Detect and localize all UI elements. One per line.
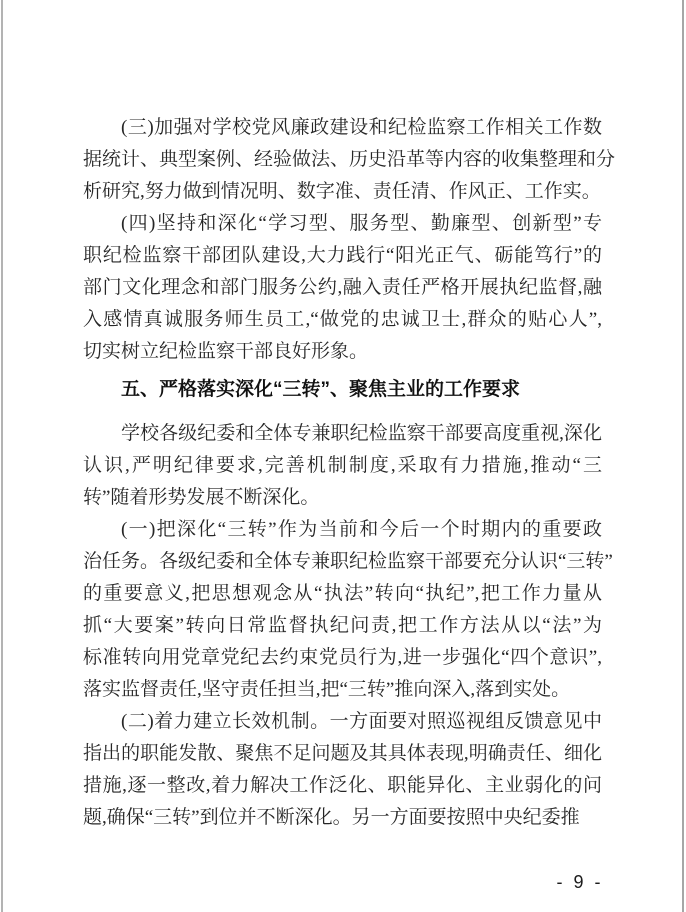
page-left-edge-line	[1, 0, 3, 912]
paragraph-line: 落实监督责任,坚守责任担当,把“三转”推向深入,落到实处。	[83, 674, 602, 706]
paragraph-line: 职纪检监察干部团队建设,大力践行“阳光正气、砺能笃行”的	[83, 240, 602, 272]
paragraph-line: 标准转向用党章党纪去约束党员行为,进一步强化“四个意识”,	[83, 642, 602, 674]
paragraph-line: 抓“大要案”转向日常监督执纪问责,把工作方法从以“法”为	[83, 610, 602, 642]
paragraph-line: 入感情真诚服务师生员工,“做党的忠诚卫士,群众的贴心人”,	[83, 304, 602, 336]
paragraph: (二)着力建立长效机制。一方面要对照巡视组反馈意见中指出的职能发散、聚焦不足问题…	[83, 706, 602, 834]
paragraph-line: 的重要意义,把思想观念从“执法”转向“执纪”,把工作力量从	[83, 578, 602, 610]
paragraph: (三)加强对学校党风廉政建设和纪检监察工作相关工作数据统计、典型案例、经验做法、…	[83, 112, 602, 208]
paragraph-line: 措施,逐一整改,着力解决工作泛化、职能异化、主业弱化的问	[83, 770, 602, 802]
paragraph-line: (三)加强对学校党风廉政建设和纪检监察工作相关工作数	[83, 112, 602, 144]
document-body: (三)加强对学校党风廉政建设和纪检监察工作相关工作数据统计、典型案例、经验做法、…	[83, 112, 602, 834]
page-right-edge-line	[682, 0, 684, 912]
paragraph-line: (二)着力建立长效机制。一方面要对照巡视组反馈意见中	[83, 706, 602, 738]
paragraph-line: (一)把深化“三转”作为当前和今后一个时期内的重要政	[83, 514, 602, 546]
section-heading: 五、严格落实深化“三转”、聚焦主业的工作要求	[83, 374, 602, 406]
document-page: (三)加强对学校党风廉政建设和纪检监察工作相关工作数据统计、典型案例、经验做法、…	[0, 0, 686, 912]
paragraph-line: 题,确保“三转”到位并不断深化。另一方面要按照中央纪委推	[83, 802, 602, 834]
paragraph: (四)坚持和深化“学习型、服务型、勤廉型、创新型”专职纪检监察干部团队建设,大力…	[83, 208, 602, 368]
paragraph-line: 学校各级纪委和全体专兼职纪检监察干部要高度重视,深化	[83, 418, 602, 450]
paragraph-line: (四)坚持和深化“学习型、服务型、勤廉型、创新型”专	[83, 208, 602, 240]
paragraph-line: 析研究,努力做到情况明、数字准、责任清、作风正、工作实。	[83, 176, 602, 208]
paragraph-line: 指出的职能发散、聚焦不足问题及其具体表现,明确责任、细化	[83, 738, 602, 770]
paragraph-line: 治任务。各级纪委和全体专兼职纪检监察干部要充分认识“三转”	[83, 546, 602, 578]
paragraph-line: 认识,严明纪律要求,完善机制制度,采取有力措施,推动“三	[83, 450, 602, 482]
paragraph-line: 据统计、典型案例、经验做法、历史沿革等内容的收集整理和分	[83, 144, 602, 176]
paragraph-line: 部门文化理念和部门服务公约,融入责任严格开展执纪监督,融	[83, 272, 602, 304]
page-number: - 9 -	[530, 872, 630, 892]
paragraph-line: 切实树立纪检监察干部良好形象。	[83, 336, 602, 368]
paragraph: 学校各级纪委和全体专兼职纪检监察干部要高度重视,深化认识,严明纪律要求,完善机制…	[83, 418, 602, 514]
paragraph: (一)把深化“三转”作为当前和今后一个时期内的重要政治任务。各级纪委和全体专兼职…	[83, 514, 602, 706]
paragraph-line: 转”随着形势发展不断深化。	[83, 482, 602, 514]
